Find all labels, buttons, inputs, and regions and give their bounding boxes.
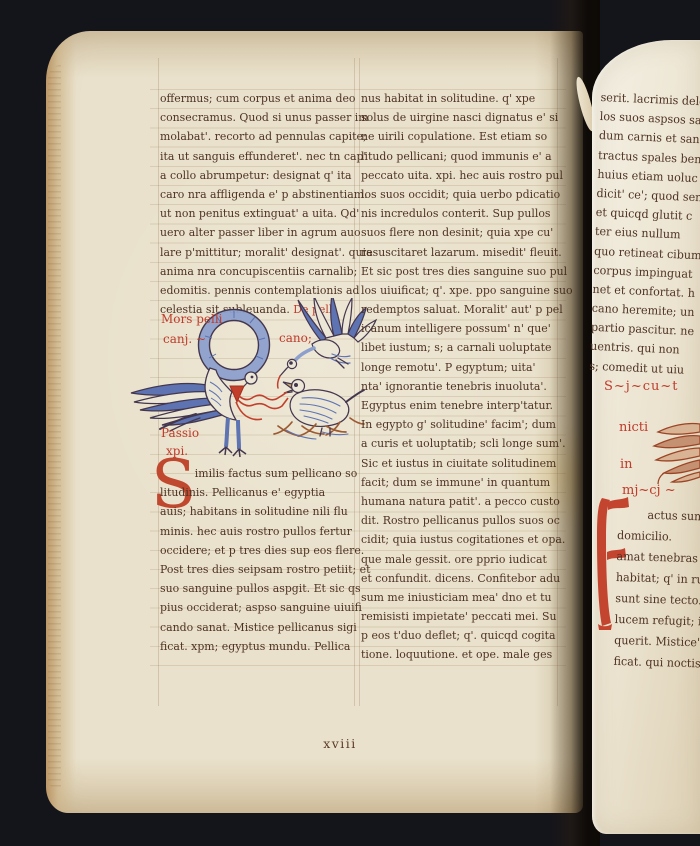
manuscript-line: pius occiderat; aspso sanguine uiuifi bbox=[160, 598, 352, 617]
manuscript-line: longe remotu'. P egyptum; uita' bbox=[361, 358, 553, 377]
manuscript-line: nus habitat in solitudine. q' xpe bbox=[361, 89, 553, 108]
manuscript-line: ficat. xpm; egyptus mundu. Pellica bbox=[160, 637, 352, 656]
manuscript-line: ne uirili copulatione. Est etiam so bbox=[361, 127, 553, 146]
manuscript-line: humana natura patit'. a pecco custo bbox=[361, 492, 553, 511]
left-column-upper-text: offermus; cum corpus et anima deoconsecr… bbox=[160, 89, 364, 319]
manuscript-line: remisisti impietate' peccati mei. Su bbox=[361, 607, 553, 626]
manuscript-line: ut non penitus extinguat' a uita. Qd' bbox=[160, 204, 352, 223]
manuscript-line: habitat; q' in ruin bbox=[616, 567, 700, 591]
recto-upper-text: serit. lacrimis delelos suos aspsos sang… bbox=[589, 88, 700, 381]
manuscript-line: et confundit. dicens. Confitebor adu bbox=[361, 569, 553, 588]
manuscript-line: solus de uirgine nasci dignatus e' si bbox=[361, 108, 553, 127]
left-column-lower-text: imilis factus sum pellicano solitudinis.… bbox=[160, 464, 364, 656]
manuscript-line: Sic et iustus in ciuitate solitudinem bbox=[361, 454, 553, 473]
manuscript-line: minis. hec auis rostro pullos fertur bbox=[160, 522, 352, 541]
manuscript-line: ita ut sanguis effunderet'. nec tn cap' bbox=[160, 147, 352, 166]
manuscript-line: dit. Rostro pellicanus pullos suos oc bbox=[361, 511, 553, 530]
manuscript-line: In egypto g' solitudine' facim'; dum bbox=[361, 415, 553, 434]
manuscript-line: libet iustum; s; a carnali uoluptate bbox=[361, 338, 553, 357]
recto-rubric-nicti: nicti bbox=[619, 420, 648, 435]
manuscript-line: Post tres dies seipsam rostro petiit; et bbox=[160, 560, 352, 579]
manuscript-line: ficat. qui noctis bbox=[613, 651, 700, 675]
right-column-text: nus habitat in solitudine. q' xpesolus d… bbox=[361, 89, 565, 665]
manuscript-line: caro nra affligenda e' p abstinentiam. bbox=[160, 185, 352, 204]
manuscript-line: sum me iniusticiam mea' dno et tu bbox=[361, 588, 553, 607]
manuscript-line: cando sanat. Mistice pellicanus sigi bbox=[160, 618, 352, 637]
recto-rubric-in: in bbox=[620, 457, 633, 472]
manuscript-line: redemptos saluat. Moralit' aut' p pel bbox=[361, 300, 553, 319]
folio-number: xviii bbox=[303, 736, 377, 751]
manuscript-line: sunt sine tecto. d bbox=[615, 588, 700, 612]
manuscript-line: litudo pellicani; quod immunis e' a bbox=[361, 147, 553, 166]
manuscript-line: consecramus. Quod si unus passer im bbox=[160, 108, 352, 127]
manuscript-line: molabat'. recorto ad pennulas capite; bbox=[160, 127, 352, 146]
owl-miniature-fragment bbox=[650, 416, 700, 486]
manuscript-line: a collo abrumpetur: designat q' ita bbox=[160, 166, 352, 185]
caption-mors-pellicani-line2: canj. ~ bbox=[163, 332, 206, 346]
manuscript-line: litudinis. Pellicanus e' egyptia bbox=[160, 483, 352, 502]
manuscript-line: los uiuificat; q'. xpe. ppo sanguine suo bbox=[361, 281, 553, 300]
manuscript-photo: offermus; cum corpus et anima deoconsecr… bbox=[0, 0, 700, 846]
manuscript-line: occidere; et p tres dies sup eos flere. bbox=[160, 541, 352, 560]
manuscript-line: nta' ignorantie tenebris inuoluta'. bbox=[361, 377, 553, 396]
recto-lower-text: actus sumdomicilio.amat tenebras nhabita… bbox=[613, 504, 700, 675]
manuscript-line: querit. Mistice' bbox=[614, 630, 700, 654]
manuscript-line: auis; habitans in solitudine nili flu bbox=[160, 502, 352, 521]
manuscript-line: nis incredulos conterit. Sup pullos bbox=[361, 204, 553, 223]
manuscript-line: suo sanguine pullos aspgit. Et sic qs bbox=[160, 579, 352, 598]
manuscript-line: imilis factus sum pellicano so bbox=[160, 464, 352, 483]
manuscript-line: suos flere non desinit; quia xpe cu' bbox=[361, 223, 553, 242]
recto-rubric-spaced: S~j~cu~t bbox=[604, 379, 679, 394]
caption-passio-line1: Passio bbox=[161, 426, 199, 440]
caption-cano: cano; bbox=[279, 331, 312, 345]
manuscript-line: anima nra concupiscentiis carnalib; bbox=[160, 262, 352, 281]
manuscript-line: uero alter passer liber in agrum auo bbox=[160, 223, 352, 242]
manuscript-line: domicilio. bbox=[617, 525, 700, 549]
manuscript-line: icanum intelligere possum' n' que' bbox=[361, 319, 553, 338]
manuscript-line: Et sic post tres dies sanguine suo pul bbox=[361, 262, 553, 281]
manuscript-line: p eos t'duo deflet; q'. quicqd cogita bbox=[361, 626, 553, 645]
manuscript-line: que male gessit. ore pprio iudicat bbox=[361, 550, 553, 569]
manuscript-line: lucem refugit; in bbox=[614, 609, 700, 633]
manuscript-line: a curis et uoluptatib; scli longe sum'. bbox=[361, 434, 553, 453]
manuscript-line: tione. loquutione. et ope. male ges bbox=[361, 645, 553, 664]
manuscript-line: peccato uita. xpi. hec auis rostro pul bbox=[361, 166, 553, 185]
manuscript-line: cidit; quia iustus cogitationes et opa. bbox=[361, 530, 553, 549]
caption-mors-pellicani-line1: Mors pelli bbox=[161, 312, 223, 326]
manuscript-line: facit; dum se immune' in quantum bbox=[361, 473, 553, 492]
manuscript-line: offermus; cum corpus et anima deo bbox=[160, 89, 352, 108]
manuscript-line: resuscitaret lazarum. misedit' fleuit. bbox=[361, 243, 553, 262]
manuscript-line: los suos occidit; quia uerbo pdicatio bbox=[361, 185, 553, 204]
manuscript-line: Egyptus enim tenebre interp'tatur. bbox=[361, 396, 553, 415]
manuscript-line: lare p'mittitur; moralit' designat'. qui… bbox=[160, 243, 352, 262]
